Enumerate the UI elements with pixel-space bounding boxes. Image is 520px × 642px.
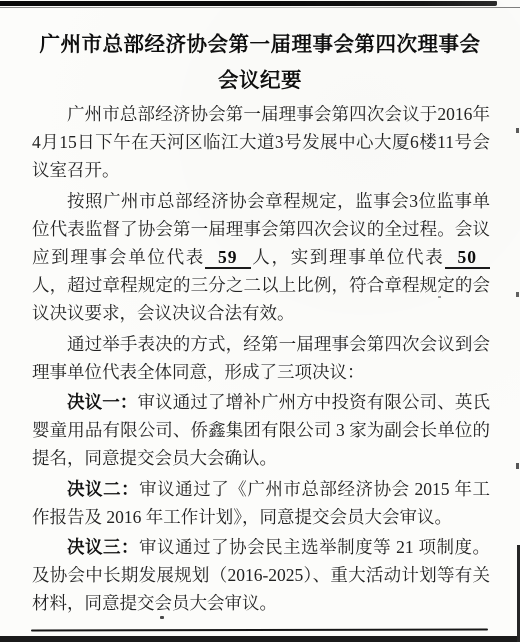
text-run: 通过举手表决的方式，经第一届理事会第四次会议到会理事单位代表全体同意，形成了三项… — [32, 334, 490, 382]
document-title-line2: 会议纪要 — [30, 63, 490, 99]
paragraph: 决议二：审议通过了《广州市总部经济协会 2015 年工作报告及 2016 年工作… — [32, 475, 490, 531]
scan-speck — [516, 463, 519, 469]
scan-speck — [160, 616, 164, 619]
document-body: 广州市总部经济协会第一届理事会第四次会议于2016年4月15日下午在天河区临江大… — [32, 100, 490, 620]
paragraph: 按照广州市总部经济协会章程规定，监事会3位监事单位代表监督了协会第一届理事会第四… — [32, 187, 490, 328]
paragraph: 广州市总部经济协会第一届理事会第四次会议于2016年4月15日下午在天河区临江大… — [32, 100, 490, 185]
scan-artifact-top-hairline — [0, 7, 520, 8]
document-page-background: 广州市总部经济协会第一届理事会第四次理事会 会议纪要 广州市总部经济协会第一届理… — [0, 0, 520, 642]
paragraph: 决议一：审议通过了增补广州方中投资有限公司、英氏婴童用品有限公司、侨鑫集团有限公… — [32, 388, 490, 473]
document-title-line1: 广州市总部经济协会第一届理事会第四次理事会 — [30, 27, 490, 63]
text-run: 人，超过章程规定的三分之二以上比例，符合章程规定的会议决议要求，会议决议合法有效… — [32, 275, 490, 323]
resolution-label: 决议三： — [67, 537, 139, 557]
resolution-label: 决议二： — [67, 479, 139, 499]
fill-in-number: 50 — [445, 247, 491, 269]
scanned-document-page: { "document": { "title_line1": "广州市总部经济协… — [0, 0, 520, 642]
fill-in-number: 59 — [205, 247, 251, 269]
text-run: 广州市总部经济协会第一届理事会第四次会议于2016年4月15日下午在天河区临江大… — [32, 104, 490, 180]
scan-speck — [516, 128, 519, 133]
document-title: 广州市总部经济协会第一届理事会第四次理事会 会议纪要 — [30, 27, 490, 99]
scan-speck — [516, 292, 519, 297]
scan-artifact-top-bar — [0, 1, 497, 6]
paragraph: 决议三：审议通过了协会民主选举制度等 21 项制度。及协会中长期发展规划（201… — [32, 533, 490, 618]
scan-speck — [438, 296, 441, 298]
text-run: 人，实到理事单位代表 — [251, 247, 445, 267]
scan-artifact-bottom-bar — [0, 636, 520, 642]
scan-artifact-bottom-rule — [31, 629, 488, 632]
paragraph: 通过举手表决的方式，经第一届理事会第四次会议到会理事单位代表全体同意，形成了三项… — [32, 330, 490, 386]
resolution-label: 决议一： — [67, 392, 138, 412]
